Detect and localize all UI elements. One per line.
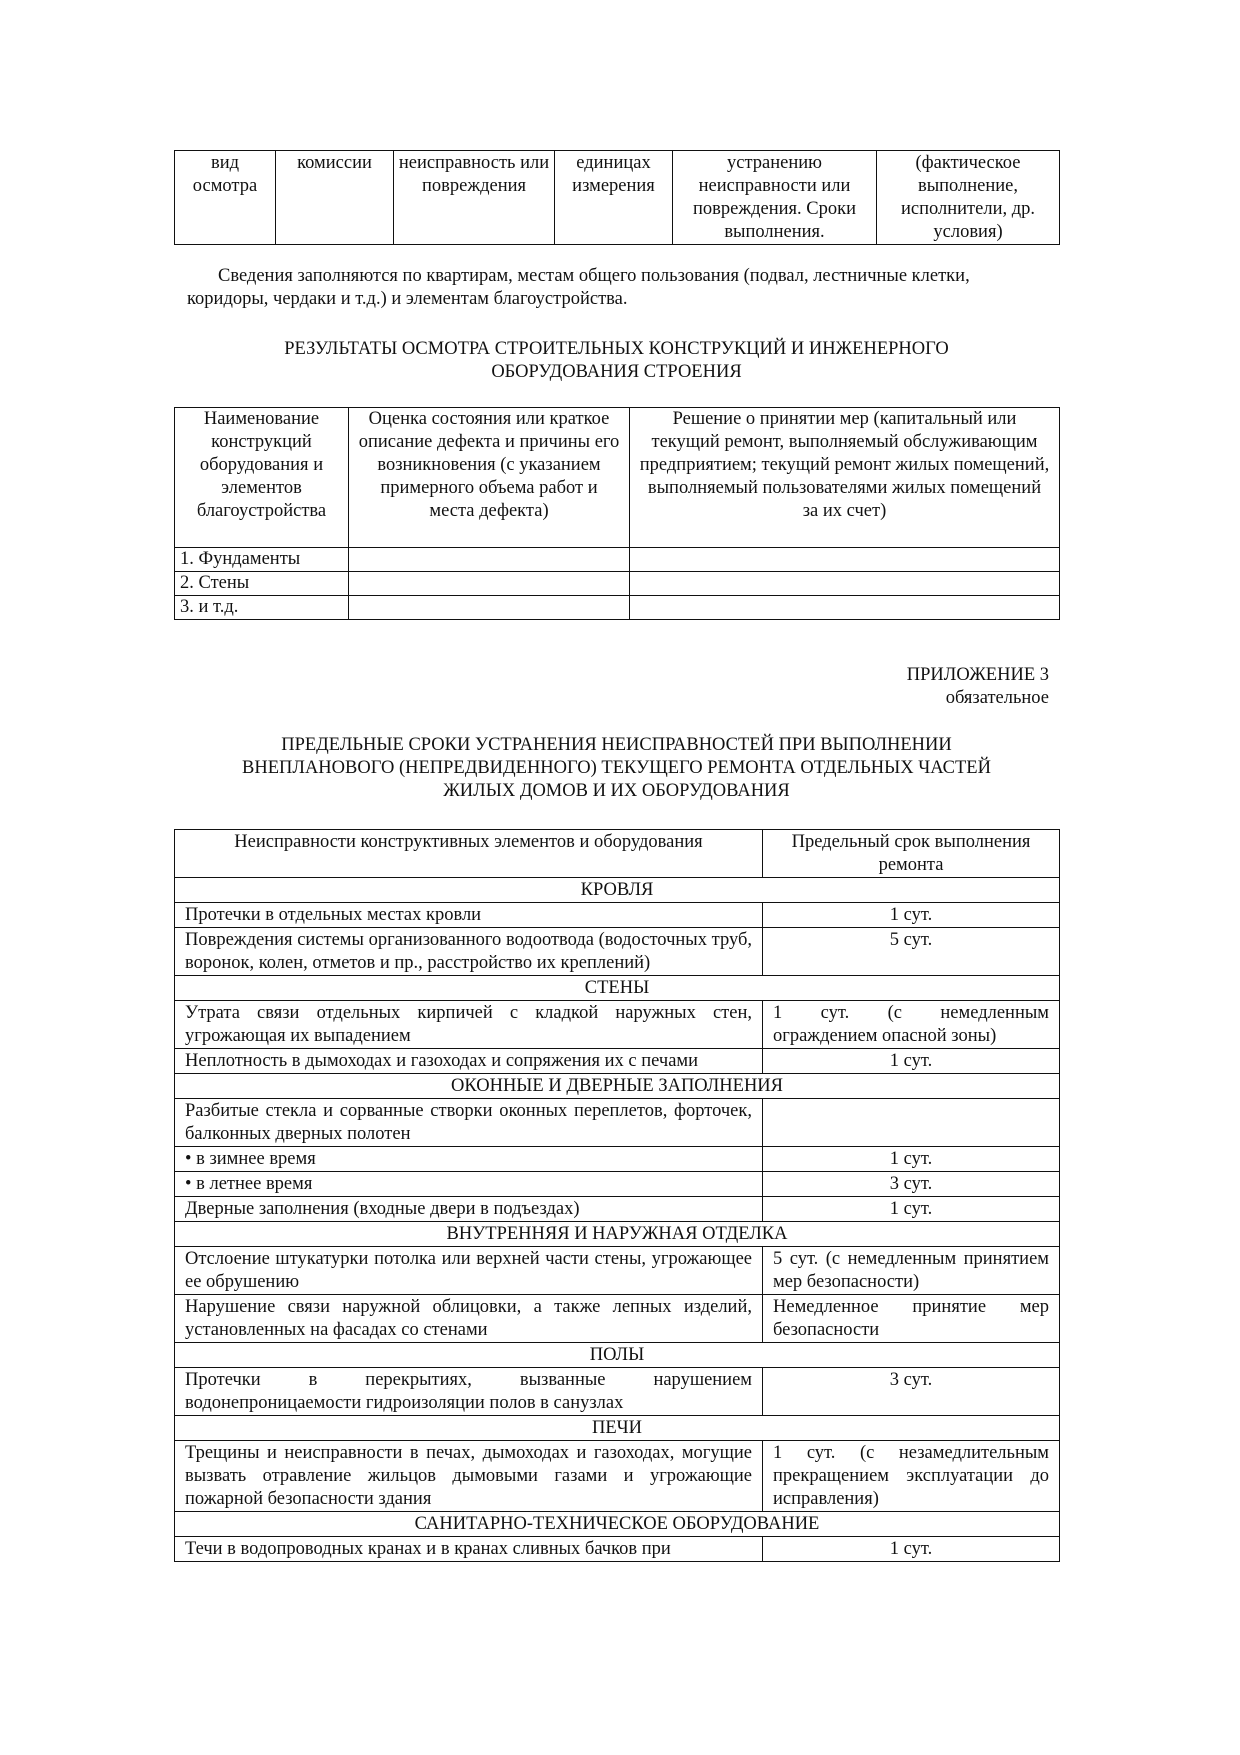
table-row: Нарушение связи наружной облицовки, а та… xyxy=(175,1295,1060,1343)
header-cell-decision: Решение о принятии мер (капитальный или … xyxy=(630,408,1060,548)
table-row: Течи в водопроводных кранах и в кранах с… xyxy=(175,1537,1060,1562)
header-cell-element-name: Наименование конструкций оборудования и … xyxy=(175,408,349,548)
section-header-row: ВНУТРЕННЯЯ И НАРУЖНАЯ ОТДЕЛКА xyxy=(175,1222,1060,1247)
cell-term: 1 сут. xyxy=(763,1537,1060,1562)
title-line: РЕЗУЛЬТАТЫ ОСМОТРА СТРОИТЕЛЬНЫХ КОНСТРУК… xyxy=(174,338,1059,361)
cell-defect: Протечки в перекрытиях, вызванные наруше… xyxy=(175,1368,763,1416)
header-cell-remedy-terms: устранению неисправности или повреждения… xyxy=(673,151,877,245)
header-cell-defects: Неисправности конструктивных элементов и… xyxy=(175,830,763,878)
section-header-row: ПОЛЫ xyxy=(175,1343,1060,1368)
cell-defect: Дверные заполнения (входные двери в подъ… xyxy=(175,1197,763,1222)
section-header-row: САНИТАРНО-ТЕХНИЧЕСКОЕ ОБОРУДОВАНИЕ xyxy=(175,1512,1060,1537)
cell-defect: Течи в водопроводных кранах и в кранах с… xyxy=(175,1537,763,1562)
section-label: СТЕНЫ xyxy=(175,976,1060,1001)
cell-assessment[interactable] xyxy=(349,572,630,596)
header-cell-max-term: Предельный срок выполнения ремонта xyxy=(763,830,1060,878)
section-label: ОКОННЫЕ И ДВЕРНЫЕ ЗАПОЛНЕНИЯ xyxy=(175,1074,1060,1099)
appendix-status: обязательное xyxy=(907,687,1049,710)
cell-term: 5 сут. (с немедленным принятием мер безо… xyxy=(763,1247,1060,1295)
cell-term: 1 сут. xyxy=(763,1049,1060,1074)
cell-element: 2. Стены xyxy=(175,572,349,596)
cell-term: 1 сут. xyxy=(763,903,1060,928)
table-row: 3. и т.д. xyxy=(175,596,1060,620)
repair-terms-body: КРОВЛЯПротечки в отдельных местах кровли… xyxy=(175,878,1060,1562)
table-row: вид осмотра комиссии неисправность или п… xyxy=(175,151,1060,245)
cell-defect: Повреждения системы организованного водо… xyxy=(175,928,763,976)
section-label: КРОВЛЯ xyxy=(175,878,1060,903)
section-header-row: СТЕНЫ xyxy=(175,976,1060,1001)
cell-decision[interactable] xyxy=(630,596,1060,620)
section-title-repair-terms: ПРЕДЕЛЬНЫЕ СРОКИ УСТРАНЕНИЯ НЕИСПРАВНОСТ… xyxy=(174,734,1059,803)
table-header-row: Наименование конструкций оборудования и … xyxy=(175,408,1060,548)
header-cell-commission: комиссии xyxy=(276,151,394,245)
inspection-log-table-header-fragment: вид осмотра комиссии неисправность или п… xyxy=(174,150,1060,245)
cell-element: 1. Фундаменты xyxy=(175,548,349,572)
title-line: ОБОРУДОВАНИЯ СТРОЕНИЯ xyxy=(174,361,1059,384)
table-row: 2. Стены xyxy=(175,572,1060,596)
table-row: Протечки в отдельных местах кровли1 сут. xyxy=(175,903,1060,928)
cell-term: 3 сут. xyxy=(763,1368,1060,1416)
cell-defect: Разбитые стекла и сорванные створки окон… xyxy=(175,1099,763,1147)
section-label: ПОЛЫ xyxy=(175,1343,1060,1368)
header-cell-execution-notes: (фактическое выполнение, исполнители, др… xyxy=(877,151,1060,245)
cell-element: 3. и т.д. xyxy=(175,596,349,620)
title-line: ПРЕДЕЛЬНЫЕ СРОКИ УСТРАНЕНИЯ НЕИСПРАВНОСТ… xyxy=(174,734,1059,757)
title-line: ВНЕПЛАНОВОГО (НЕПРЕДВИДЕННОГО) ТЕКУЩЕГО … xyxy=(174,757,1059,780)
section-header-row: ПЕЧИ xyxy=(175,1416,1060,1441)
cell-term: 3 сут. xyxy=(763,1172,1060,1197)
header-cell-condition-assessment: Оценка состояния или краткое описание де… xyxy=(349,408,630,548)
cell-assessment[interactable] xyxy=(349,596,630,620)
table-row: Повреждения системы организованного водо… xyxy=(175,928,1060,976)
cell-term: 5 сут. xyxy=(763,928,1060,976)
section-label: САНИТАРНО-ТЕХНИЧЕСКОЕ ОБОРУДОВАНИЕ xyxy=(175,1512,1060,1537)
cell-assessment[interactable] xyxy=(349,548,630,572)
cell-term: 1 сут. (с незамедлительным прекращением … xyxy=(763,1441,1060,1512)
table-row: Трещины и неисправности в печах, дымоход… xyxy=(175,1441,1060,1512)
header-cell-defect: неисправность или повреждения xyxy=(394,151,555,245)
table-row: Неплотность в дымоходах и газоходах и со… xyxy=(175,1049,1060,1074)
title-line: ЖИЛЫХ ДОМОВ И ИХ ОБОРУДОВАНИЯ xyxy=(174,780,1059,803)
cell-term xyxy=(763,1099,1060,1147)
repair-terms-table: Неисправности конструктивных элементов и… xyxy=(174,829,1060,1562)
cell-defect: Отслоение штукатурки потолка или верхней… xyxy=(175,1247,763,1295)
section-label: ВНУТРЕННЯЯ И НАРУЖНАЯ ОТДЕЛКА xyxy=(175,1222,1060,1247)
table-row: • в летнее время3 сут. xyxy=(175,1172,1060,1197)
cell-defect: Протечки в отдельных местах кровли xyxy=(175,903,763,928)
table-row: Протечки в перекрытиях, вызванные наруше… xyxy=(175,1368,1060,1416)
section-title-inspection-results: РЕЗУЛЬТАТЫ ОСМОТРА СТРОИТЕЛЬНЫХ КОНСТРУК… xyxy=(174,338,1059,384)
cell-term: 1 сут. xyxy=(763,1197,1060,1222)
cell-defect: • в зимнее время xyxy=(175,1147,763,1172)
cell-term: 1 сут. (с немедленным ограждением опасно… xyxy=(763,1001,1060,1049)
instructions-paragraph: Сведения заполняются по квартирам, места… xyxy=(187,265,1047,311)
cell-decision[interactable] xyxy=(630,572,1060,596)
table-row: Утрата связи отдельных кирпичей с кладко… xyxy=(175,1001,1060,1049)
table-row: 1. Фундаменты xyxy=(175,548,1060,572)
section-label: ПЕЧИ xyxy=(175,1416,1060,1441)
cell-defect: • в летнее время xyxy=(175,1172,763,1197)
cell-decision[interactable] xyxy=(630,548,1060,572)
header-cell-units: единицах измерения xyxy=(555,151,673,245)
table-row: Разбитые стекла и сорванные створки окон… xyxy=(175,1099,1060,1147)
appendix-number: ПРИЛОЖЕНИЕ 3 xyxy=(907,664,1049,687)
cell-defect: Неплотность в дымоходах и газоходах и со… xyxy=(175,1049,763,1074)
section-header-row: ОКОННЫЕ И ДВЕРНЫЕ ЗАПОЛНЕНИЯ xyxy=(175,1074,1060,1099)
inspection-results-table: Наименование конструкций оборудования и … xyxy=(174,407,1060,620)
cell-term: Немедленное принятие мер безопасности xyxy=(763,1295,1060,1343)
table-row: Отслоение штукатурки потолка или верхней… xyxy=(175,1247,1060,1295)
section-header-row: КРОВЛЯ xyxy=(175,878,1060,903)
table-row: • в зимнее время1 сут. xyxy=(175,1147,1060,1172)
header-cell-inspection-type: вид осмотра xyxy=(175,151,276,245)
cell-defect: Нарушение связи наружной облицовки, а та… xyxy=(175,1295,763,1343)
cell-term: 1 сут. xyxy=(763,1147,1060,1172)
cell-defect: Трещины и неисправности в печах, дымоход… xyxy=(175,1441,763,1512)
appendix-label: ПРИЛОЖЕНИЕ 3 обязательное xyxy=(907,664,1049,710)
table-row: Дверные заполнения (входные двери в подъ… xyxy=(175,1197,1060,1222)
table-header-row: Неисправности конструктивных элементов и… xyxy=(175,830,1060,878)
cell-defect: Утрата связи отдельных кирпичей с кладко… xyxy=(175,1001,763,1049)
